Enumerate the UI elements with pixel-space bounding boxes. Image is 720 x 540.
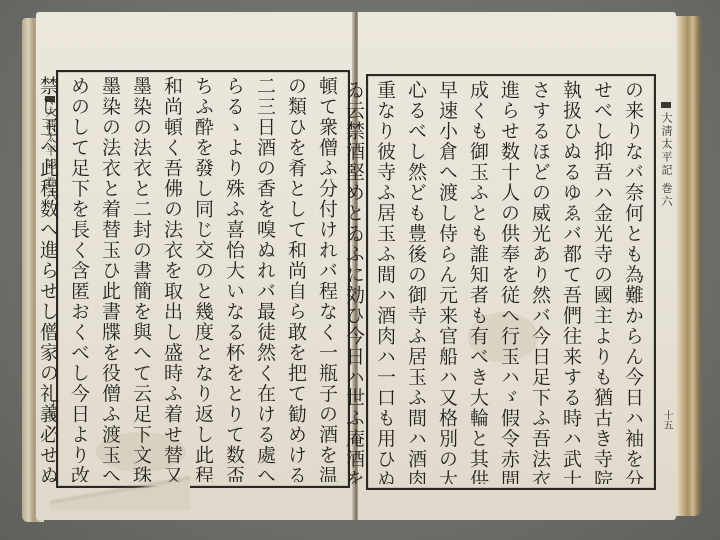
text-column: 早速小倉へ渡し侍らん元来官船ハ又格別の大地なれバ万端の莊嚴: [431, 80, 462, 484]
margin-title-text: 大淸太平記 巻六: [660, 112, 673, 209]
text-column: さするほどの威光あり然バ今日足下ふ吾法衣を着せ吾大輪ふ乗: [524, 80, 555, 484]
left-page: 大淸太平記 巻六 十四 頓て衆僧ふ分付けれバ程なく一瓶子の酒を温めて持来る野菜 …: [36, 12, 356, 520]
text-column: 執扱ひぬるゆゑバ都て吾們往来する時ハ武士の外ハ皆土座: [555, 80, 586, 484]
text-column: せべし抑吾ハ金光寺の國主よりも猶古き寺院なれバ上ぇも重く: [586, 80, 617, 484]
text-column: ちふ酔を發し同じ交のと幾度となり返し此程の謝礼を演るゝへ: [187, 76, 218, 482]
text-column: の来りなバ奈何とも為難からん今日ハ袖を分ち豊後へ送り進ら: [617, 80, 648, 484]
block-mark-icon: [661, 102, 671, 108]
left-text-columns: 頓て衆僧ふ分付けれバ程なく一瓶子の酒を温めて持来る野菜 の類ひを肴として和尚自ら…: [64, 76, 342, 482]
text-column: めのして足下を長く含匿おくべし今日より改めて酒と魚肉ハ: [63, 76, 94, 482]
right-page-margin-title: 大淸太平記 巻六: [658, 102, 674, 209]
text-column: 禁じ玉へ此程数へ進らせし僧家の礼義必せぬことなれどもひそ: [32, 76, 63, 482]
text-column: 成くも御玉ふとも誰知者も有べき大輪と其供船ふ昇られなバ: [462, 80, 493, 484]
text-column: 心るべし然ども豊後の御寺ふ居玉ふ間ハ酒肉ハ一口も用ひぬハ支悩ひ難し俗家: [400, 80, 431, 484]
right-text-columns: の来りなバ奈何とも為難からん今日ハ袖を分ち豊後へ送り進ら せべし抑吾ハ金光寺の國…: [374, 80, 648, 484]
open-book: 大淸太平記 巻六 十四 頓て衆僧ふ分付けれバ程なく一瓶子の酒を温めて持来る野菜 …: [22, 8, 702, 530]
folded-corner: [50, 470, 190, 510]
text-column: ゐ云禁酒堅めとゐふに効ひ今日ハ世ふ庵酒を進らせべしと云く: [338, 80, 369, 484]
text-column: 墨染の法衣と着替玉ひ此書牒を役僧ふ渡玉へ然らバ燃勤ふ: [94, 76, 125, 482]
text-column: の類ひを肴として和尚自ら敢を把て勧めけるゆゑ盛時へ此程: [280, 76, 311, 482]
text-column: 進らせ数十人の供奉を従へ行玉ハゞ假令赤間の大路を一さんふ: [493, 80, 524, 484]
text-column: 二三日酒の香を嗅ぬれバ最徒然く在ける處へ和尚自ら勧め: [249, 76, 280, 482]
text-column: 墨染の法衣と二封の書簡を與へて云足下文珠院ふ着玉ハゞ此: [125, 76, 156, 482]
text-column: 重なり彼寺ふ居玉ふ間ハ酒肉ハ一口も用ひぬまゝ支悩ひ難し: [369, 80, 400, 484]
text-column: らるゝより殊ふ喜怡大いなる杯をとりて数盃を傾けるまゝ忽: [218, 76, 249, 482]
text-column: 和尚頓く吾佛の法衣を取出し盛時ふ着せ替又別ふ: [156, 76, 187, 482]
right-text-frame: の来りなバ奈何とも為難からん今日ハ袖を分ち豊後へ送り進ら せべし抑吾ハ金光寺の國…: [366, 74, 656, 490]
right-page: 大淸太平記 巻六 十五 の来りなバ奈何とも為難からん今日ハ袖を分ち豊後へ送り進ら…: [358, 12, 676, 520]
left-text-frame: 頓て衆僧ふ分付けれバ程なく一瓶子の酒を温めて持来る野菜 の類ひを肴として和尚自ら…: [56, 70, 350, 488]
right-page-number: 十五: [659, 410, 674, 430]
right-page-stack-edge: [676, 16, 702, 516]
